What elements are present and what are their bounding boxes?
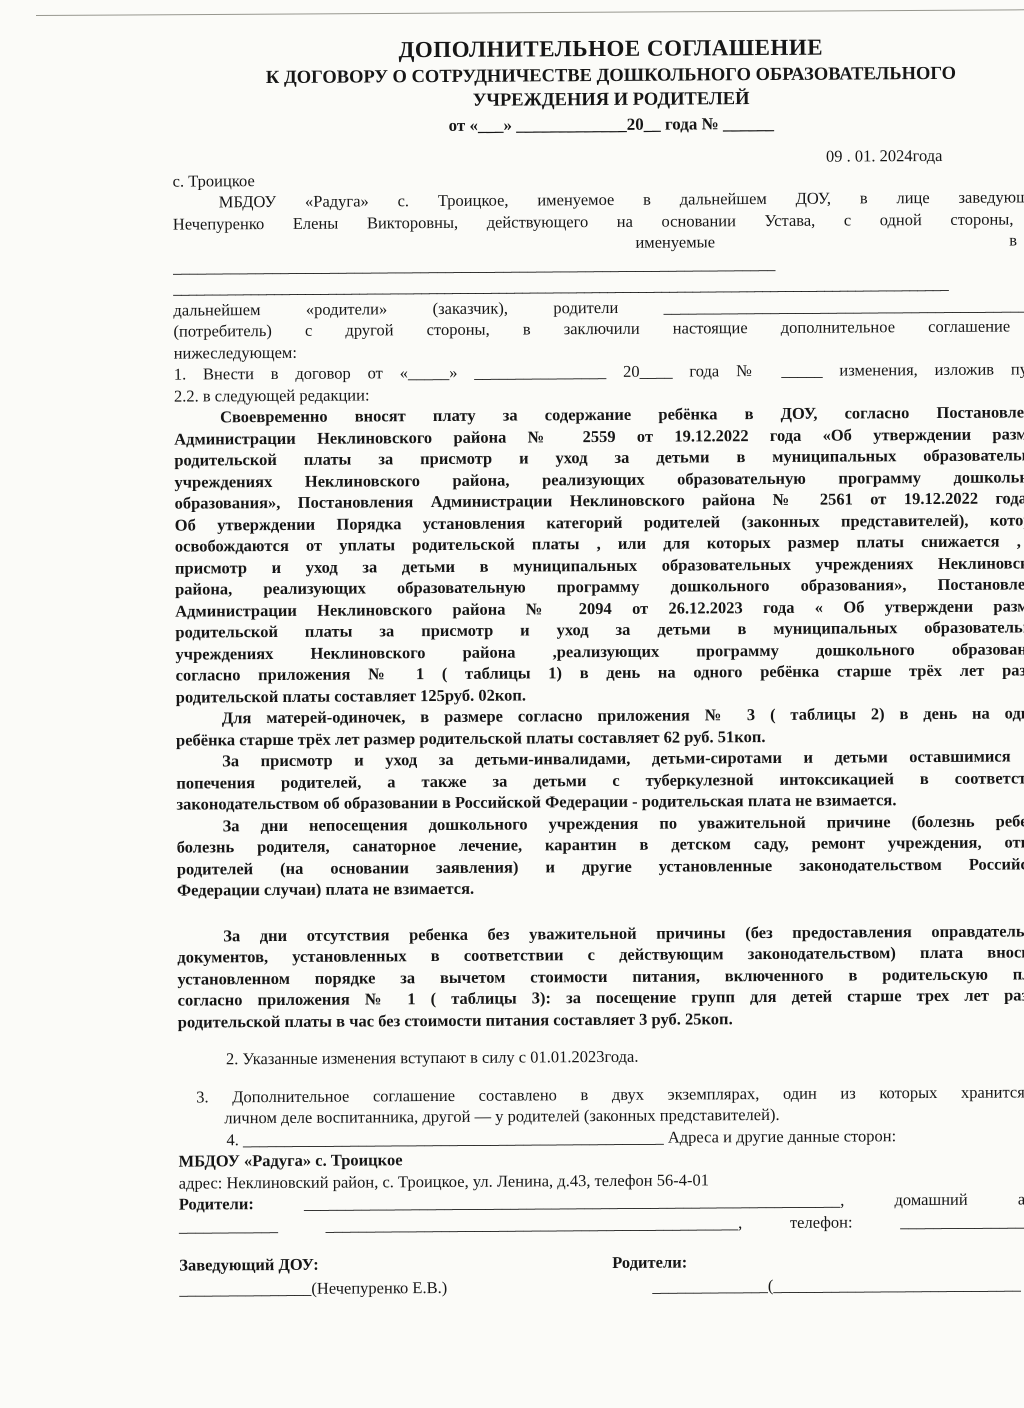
parents-signature-label: Родители: xyxy=(612,1249,1024,1273)
director-name: (Нечепуренко Е.В.) xyxy=(311,1277,447,1297)
signature-blank: ______________( xyxy=(652,1275,773,1295)
body-lines: МБДОУ «Радуга» с. Троицкое, именуемое в … xyxy=(173,186,1024,1236)
line-label: Родители: xyxy=(179,1194,304,1214)
line-text: ________________________________________… xyxy=(304,1189,1024,1213)
parents-signature-line: ______________(_________________________… xyxy=(612,1273,1024,1297)
director-signature-line: ________________(Нечепуренко Е.В.) xyxy=(179,1275,612,1299)
signature-blank: ________________ xyxy=(179,1278,311,1298)
document-page: ДОПОЛНИТЕЛЬНОЕ СОГЛАШЕНИЕ К ДОГОВОРУ О С… xyxy=(0,0,1024,1408)
doc-number-line: от «___» _____________20__ года № ______ xyxy=(172,109,1024,140)
document-column: ДОПОЛНИТЕЛЬНОЕ СОГЛАШЕНИЕ К ДОГОВОРУ О С… xyxy=(172,31,1024,1299)
director-signature-label: Заведующий ДОУ: xyxy=(179,1252,612,1276)
signature-blank: ______________________________ xyxy=(773,1274,1021,1295)
signature-block: Заведующий ДОУ: Родители: ______________… xyxy=(179,1249,1024,1299)
